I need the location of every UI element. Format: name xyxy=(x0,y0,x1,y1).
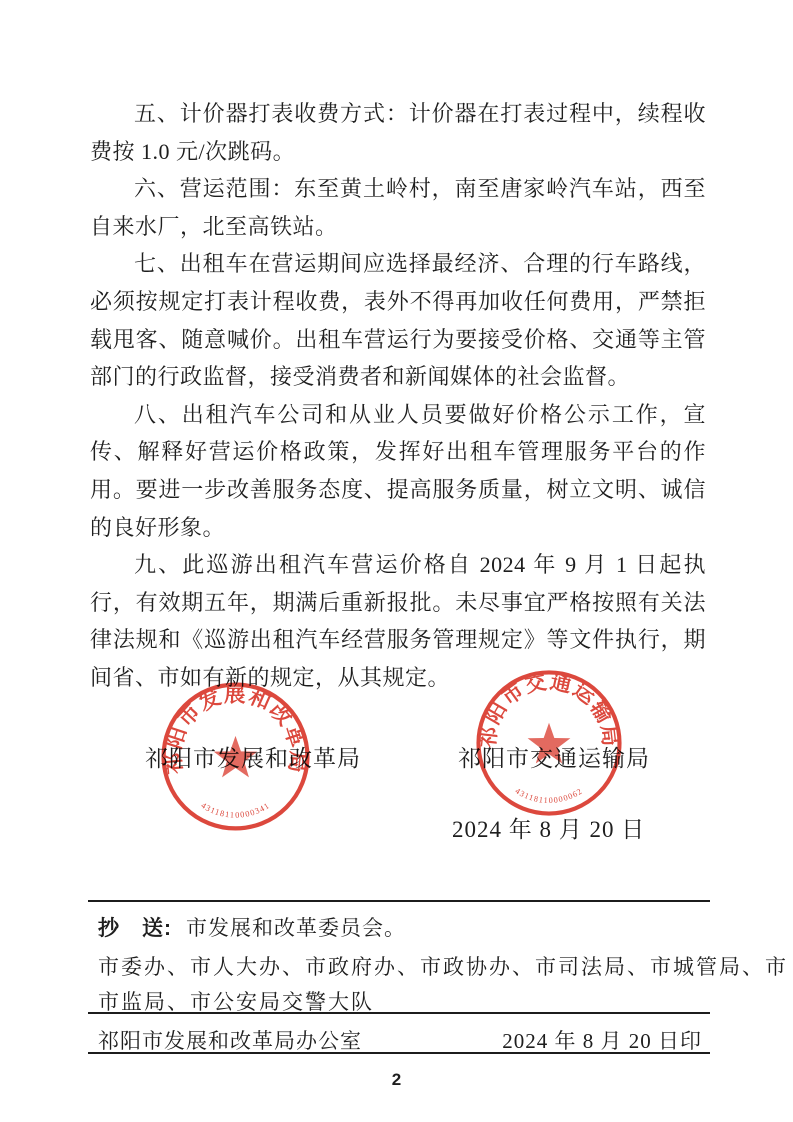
signature-left-agency: 祁阳市发展和改革局 xyxy=(145,740,361,773)
paragraph-5: 五、计价器打表收费方式：计价器在打表过程中，续程收费按 1.0 元/次跳码。 xyxy=(90,95,706,170)
copy-to-label: 抄 送: xyxy=(98,917,172,940)
footer-divider-top xyxy=(88,900,710,902)
seal-number: 43118110000341 xyxy=(199,801,271,820)
issuer-row: 祁阳市发展和改革局办公室 2024 年 8 月 20 日印 xyxy=(98,1025,702,1055)
seal-number: 43118110000062 xyxy=(514,786,585,805)
paragraph-7: 七、出租车在营运期间应选择最经济、合理的行车路线，必须按规定打表计程收费，表外不… xyxy=(90,245,706,395)
page-number: 2 xyxy=(0,1070,793,1090)
print-date: 2024 年 8 月 20 日印 xyxy=(502,1025,702,1055)
footer-divider-bottom xyxy=(88,1052,710,1054)
paragraph-6: 六、营运范围：东至黄土岭村，南至唐家岭汽车站，西至自来水厂，北至高铁站。 xyxy=(90,170,706,245)
issuer-office: 祁阳市发展和改革局办公室 xyxy=(98,1025,362,1055)
signature-date: 2024 年 8 月 20 日 xyxy=(452,811,645,844)
document-body: 五、计价器打表收费方式：计价器在打表过程中，续程收费按 1.0 元/次跳码。 六… xyxy=(90,95,706,697)
copy-to-primary: 市发展和改革委员会。 xyxy=(186,916,406,940)
document-page: 五、计价器打表收费方式：计价器在打表过程中，续程收费按 1.0 元/次跳码。 六… xyxy=(0,0,793,1122)
paragraph-8: 八、出租汽车公司和从业人员要做好价格公示工作，宣传、解释好营运价格政策，发挥好出… xyxy=(90,396,706,546)
copy-to-row: 抄 送:市发展和改革委员会。 xyxy=(98,912,406,942)
copy-to-list-line1: 市委办、市人大办、市政府办、市政协办、市司法局、市城管局、市 xyxy=(98,951,708,981)
paragraph-9: 九、此巡游出租汽车营运价格自 2024 年 9 月 1 日起执行，有效期五年，期… xyxy=(90,546,706,696)
footer-divider-middle xyxy=(88,1012,710,1014)
signature-right-agency: 祁阳市交通运输局 xyxy=(458,740,650,773)
